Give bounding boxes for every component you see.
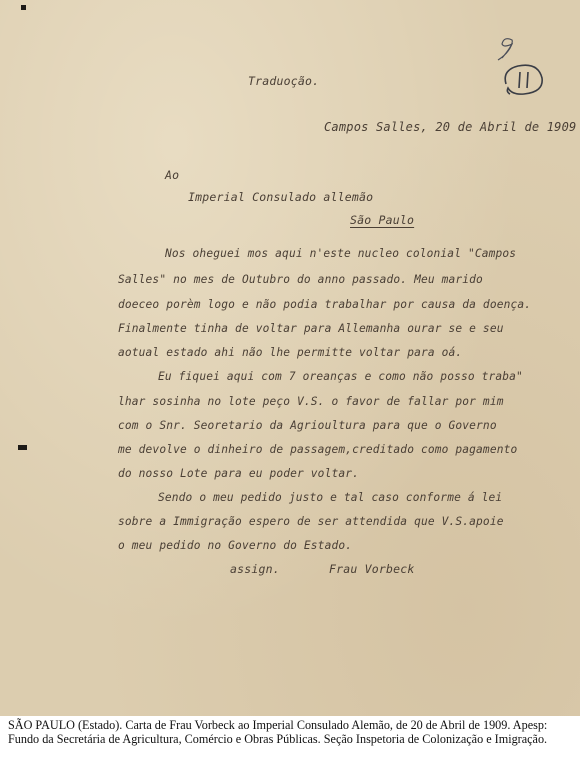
salutation: Ao [165,168,179,182]
body-line: me devolve o dinheiro de passagem,credit… [118,443,517,456]
body-line: doeceo porèm logo e não podia trabalhar … [118,298,531,311]
punch-mark-top [21,5,26,10]
place-date: Campos Salles, 20 de Abril de 1909 [324,120,576,134]
signature-label: assign. [230,562,280,576]
body-line: Eu fiquei aqui com 7 oreanças e como não… [158,370,523,383]
addressee-city: São Paulo [350,213,444,227]
document-heading: Traduoção. [248,74,319,88]
body-line: do nosso Lote para eu poder voltar. [118,467,359,480]
body-line: o meu pedido no Governo do Estado. [118,539,352,552]
scanned-letter: Traduoção. Campos Salles, 20 de Abril de… [0,0,580,716]
body-line: Salles" no mes de Outubro do anno passad… [118,273,483,286]
body-line: sobre a Immigração espero de ser attendi… [118,515,504,528]
punch-mark-left [18,445,27,450]
body-line: Finalmente tinha de voltar para Allemanh… [118,322,504,335]
signature-name: Frau Vorbeck [329,562,414,576]
body-line: Nos oheguei mos aqui n'este nucleo colon… [165,247,516,260]
body-line: aotual estado ahi não lhe permitte volta… [118,346,462,359]
addressee: Imperial Consulado allemão [188,190,373,204]
body-line: com o Snr. Seoretario da Agrioultura par… [118,419,497,432]
body-line: lhar sosinha no lote peço V.S. o favor d… [118,395,504,408]
image-caption: SÃO PAULO (Estado). Carta de Frau Vorbec… [8,718,576,746]
handwritten-folio-numbers [494,34,554,104]
body-line: Sendo o meu pedido justo e tal caso conf… [158,491,502,504]
